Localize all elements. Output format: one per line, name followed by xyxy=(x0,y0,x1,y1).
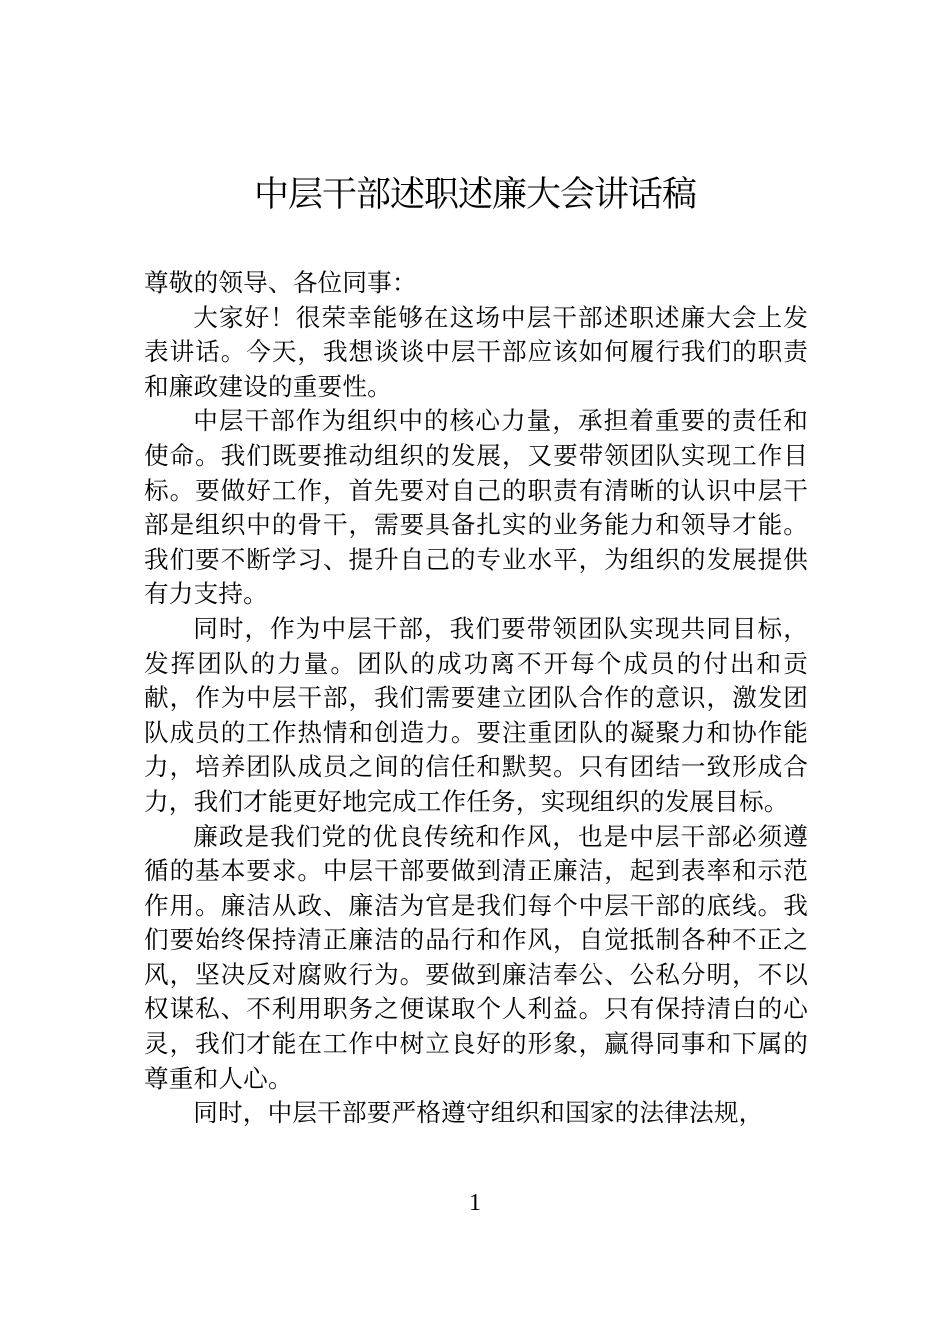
paragraph-law: 同时，中层干部要严格遵守组织和国家的法律法规， xyxy=(144,1096,808,1131)
document-page: 中层干部述职述廉大会讲话稿 尊敬的领导、各位同事： 大家好！很荣幸能够在这场中层… xyxy=(0,0,950,1344)
paragraph-intro: 大家好！很荣幸能够在这场中层干部述职述廉大会上发表讲话。今天，我想谈谈中层干部应… xyxy=(144,301,808,405)
document-title: 中层干部述职述廉大会讲话稿 xyxy=(0,170,950,220)
paragraph-responsibility: 中层干部作为组织中的核心力量，承担着重要的责任和使命。我们既要推动组织的发展，又… xyxy=(144,404,808,612)
salutation: 尊敬的领导、各位同事： xyxy=(144,266,808,301)
document-body: 尊敬的领导、各位同事： 大家好！很荣幸能够在这场中层干部述职述廉大会上发表讲话。… xyxy=(144,266,808,1131)
paragraph-teamwork: 同时，作为中层干部，我们要带领团队实现共同目标，发挥团队的力量。团队的成功离不开… xyxy=(144,612,808,820)
page-number: 1 xyxy=(0,1188,950,1218)
paragraph-integrity: 廉政是我们党的优良传统和作风，也是中层干部必须遵循的基本要求。中层干部要做到清正… xyxy=(144,820,808,1097)
